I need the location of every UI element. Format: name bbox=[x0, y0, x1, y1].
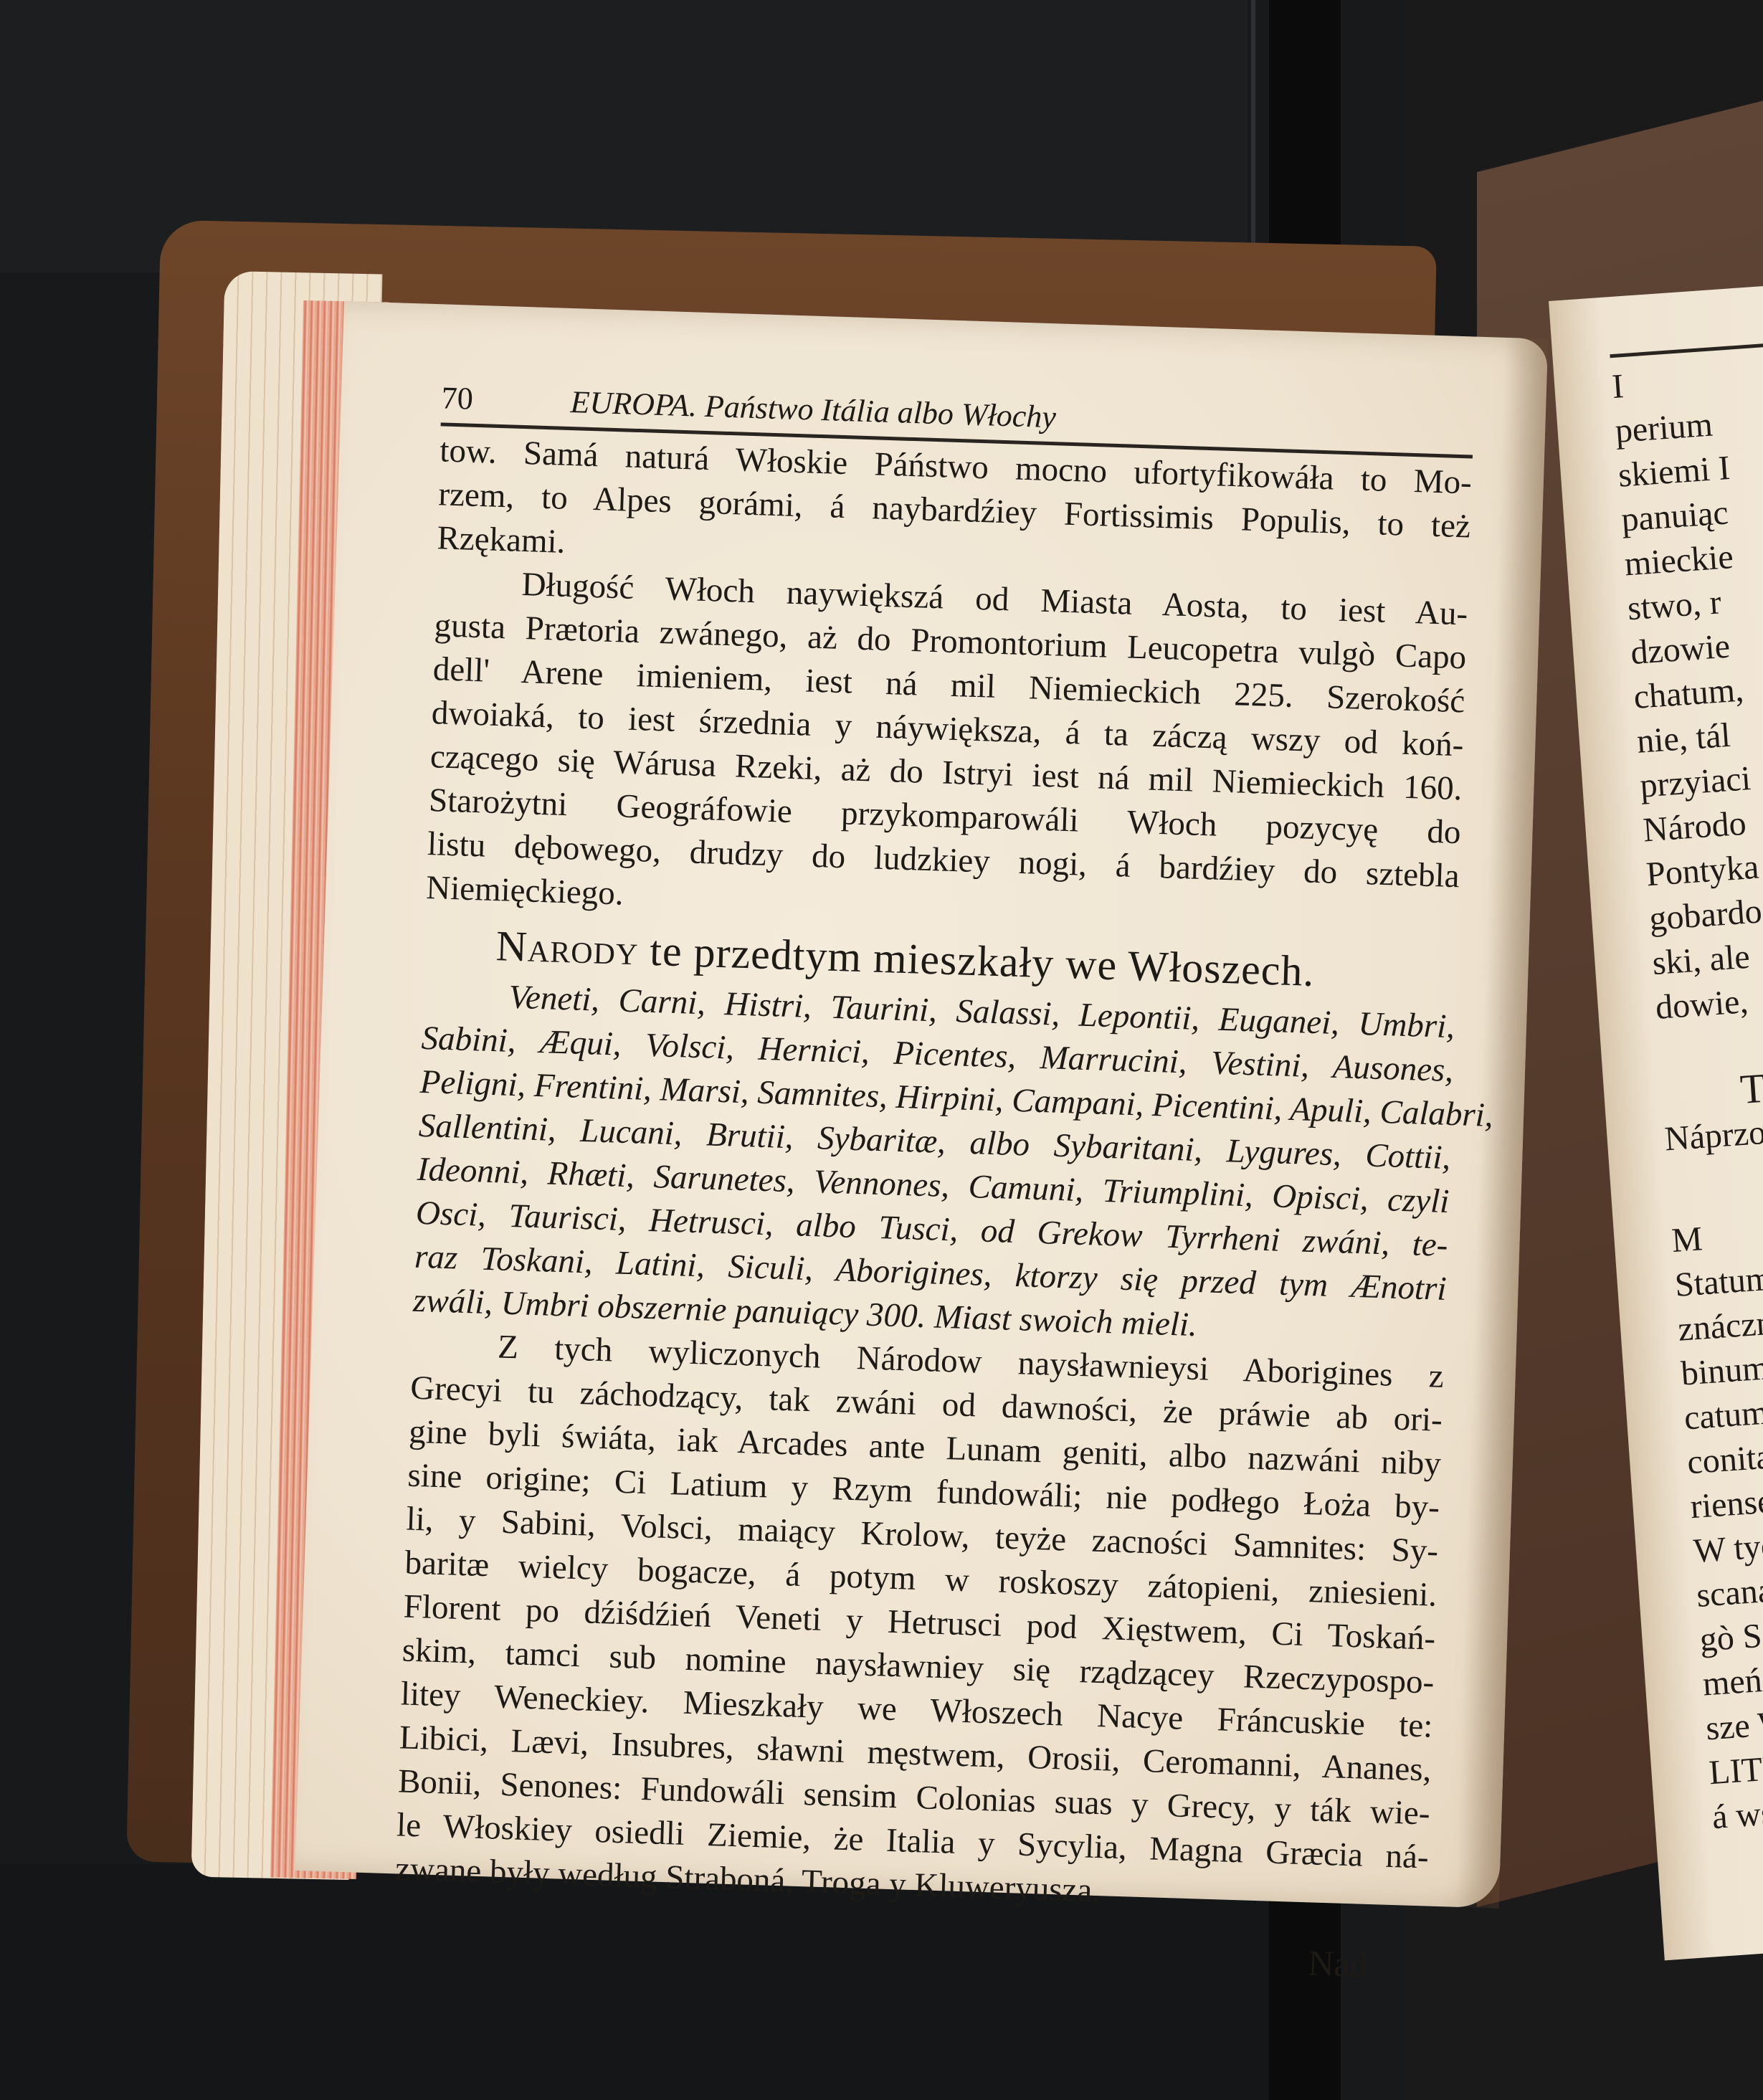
left-page: 70 EUROPA. Państwo Itália albo Włochy to… bbox=[295, 301, 1548, 1909]
right-page-lines-top: Iperiumskiemi Ipanuiącmieckiestwo, rdzow… bbox=[1610, 350, 1763, 1030]
paragraph-4: Z tych wyliczonych Národow naysławnieysi… bbox=[394, 1323, 1444, 1924]
right-page-lines-bottom: MStatum Eznácznycbinum, Icatum Cconitana… bbox=[1671, 1204, 1763, 1840]
left-page-text: 70 EUROPA. Państwo Itália albo Włochy to… bbox=[393, 376, 1475, 1988]
right-page-heading: Te bbox=[1660, 1058, 1763, 1118]
page-number: 70 bbox=[441, 376, 571, 424]
paragraph-2: Długość Włoch naywiększá od Miasta Aosta… bbox=[425, 560, 1468, 942]
paragraph-3-nations-list: Veneti, Carni, Histri, Taurini, Salassi,… bbox=[412, 973, 1455, 1355]
section-heading-smallcaps: Narody bbox=[495, 922, 640, 974]
